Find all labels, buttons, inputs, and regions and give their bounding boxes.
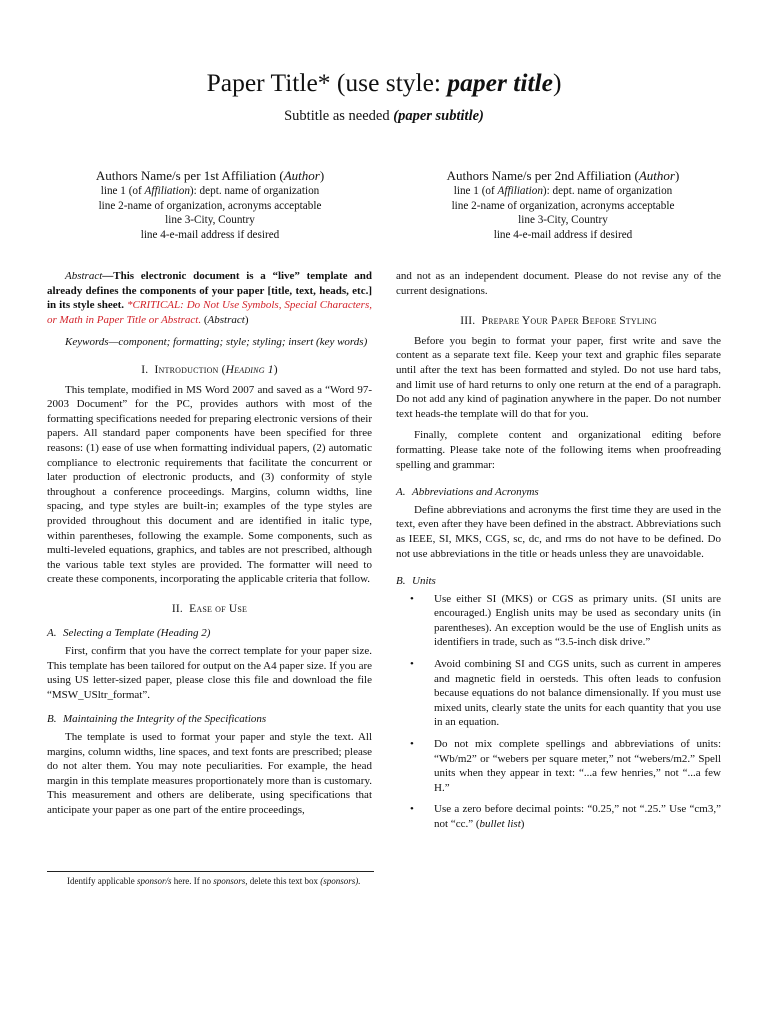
list-item: • Avoid combining SI and CGS units, such… — [396, 657, 721, 730]
bullet-icon: • — [410, 592, 414, 607]
heading-introduction: I. Introduction (Heading 1) — [47, 363, 372, 378]
right-column: and not as an independent document. Plea… — [396, 269, 721, 839]
paper-subtitle: Subtitle as needed (paper subtitle) — [0, 106, 768, 126]
line1-tag: Affiliation — [145, 185, 190, 197]
heading-prepare-paper: III. Prepare Your Paper Before Styling — [396, 314, 721, 329]
author-close: ) — [675, 168, 679, 183]
line1-tag: Affiliation — [498, 185, 543, 197]
footnote-style-tag: (sponsors). — [320, 876, 360, 886]
line1-suffix: ): dept. name of organization — [190, 185, 319, 197]
title-close: ) — [553, 68, 562, 97]
author-name: Authors Name/s per 1st Affiliation (Auth… — [40, 167, 380, 184]
subheading-text: Maintaining the Integrity of the Specifi… — [63, 713, 266, 725]
list-item: • Use a zero before decimal points: “0.2… — [396, 802, 721, 831]
subheading-text: Abbreviations and Acronyms — [412, 486, 539, 498]
prepare-paragraph-2: Finally, complete content and organizati… — [396, 428, 721, 472]
affiliation-line-2: line 2-name of organization, acronyms ac… — [393, 199, 733, 214]
heading-text: Introduction ( — [155, 364, 226, 376]
affiliation-line-4: line 4-e-mail address if desired — [393, 228, 733, 243]
subheading-text: Units — [412, 575, 436, 587]
affiliation-line-1: line 1 (of Affiliation): dept. name of o… — [40, 184, 380, 199]
author-block-2: Authors Name/s per 2nd Affiliation (Auth… — [393, 167, 733, 242]
bullet-text: Avoid combining SI and CGS units, such a… — [434, 658, 721, 728]
author-block-1: Authors Name/s per 1st Affiliation (Auth… — [40, 167, 380, 242]
tag-close: ) — [245, 314, 249, 326]
subheading-number: A. — [47, 626, 63, 641]
paragraph-gap — [396, 421, 721, 428]
footnote-text: , delete this text box — [245, 876, 320, 886]
abstract-style-tag: (Abstract) — [201, 314, 248, 326]
list-item: • Use either SI (MKS) or CGS as primary … — [396, 592, 721, 650]
bullet-text: Use a zero before decimal points: “0.25,… — [434, 803, 721, 830]
author-name: Authors Name/s per 2nd Affiliation (Auth… — [393, 167, 733, 184]
line1-prefix: line 1 (of — [454, 185, 498, 197]
paper-page: Paper Title* (use style: paper title) Su… — [0, 0, 768, 1024]
title-text: Paper Title* (use style: — [207, 68, 448, 97]
heading-number: II. — [172, 603, 183, 615]
subheading-number: B. — [47, 712, 63, 727]
heading-text: Ease of Use — [189, 603, 247, 615]
bullet-icon: • — [410, 737, 414, 752]
integrity-paragraph-continued: and not as an independent document. Plea… — [396, 269, 721, 298]
subheading-selecting-template: A.Selecting a Template (Heading 2) — [47, 626, 372, 641]
left-column: Abstract—This electronic document is a “… — [47, 269, 372, 818]
author-name-text: Authors Name/s per 2nd Affiliation ( — [447, 168, 639, 183]
affiliation-line-2: line 2-name of organization, acronyms ac… — [40, 199, 380, 214]
author-tag: Author — [284, 168, 320, 183]
bullet-icon: • — [410, 802, 414, 817]
heading-close: ) — [274, 364, 278, 376]
affiliation-line-3: line 3-City, Country — [40, 213, 380, 228]
author-tag: Author — [639, 168, 675, 183]
affiliation-line-3: line 3-City, Country — [393, 213, 733, 228]
tag-name: Abstract — [208, 314, 245, 326]
subtitle-style-tag: (paper subtitle) — [393, 108, 484, 124]
subheading-units: B.Units — [396, 574, 721, 589]
subheading-text: Selecting a Template (Heading 2) — [63, 627, 210, 639]
footnote-sponsor-word: sponsor/s — [137, 876, 172, 886]
subheading-number: B. — [396, 574, 412, 589]
prepare-paragraph-1: Before you begin to format your paper, f… — [396, 334, 721, 422]
list-item: • Do not mix complete spellings and abbr… — [396, 737, 721, 795]
line1-prefix: line 1 (of — [101, 185, 145, 197]
subheading-integrity: B.Maintaining the Integrity of the Speci… — [47, 712, 372, 727]
selecting-template-paragraph: First, confirm that you have the correct… — [47, 644, 372, 702]
subheading-number: A. — [396, 485, 412, 500]
title-style-tag: paper title — [447, 68, 553, 97]
line1-suffix: ): dept. name of organization — [543, 185, 672, 197]
bullet-style-tag: bullet list — [480, 818, 521, 830]
footnote-text: here. If no — [172, 876, 214, 886]
heading-number: III. — [460, 315, 475, 327]
abstract-label: Abstract — [65, 270, 102, 282]
integrity-paragraph: The template is used to format your pape… — [47, 730, 372, 818]
bullet-icon: • — [410, 657, 414, 672]
heading-style-tag: Heading 1 — [226, 364, 274, 376]
bullet-tag-close: ) — [521, 818, 525, 830]
keywords: Keywords—component; formatting; style; s… — [47, 335, 372, 350]
sponsor-footnote: Identify applicable sponsor/s here. If n… — [67, 875, 361, 887]
heading-ease-of-use: II. Ease of Use — [47, 602, 372, 617]
footnote-text: Identify applicable — [67, 876, 137, 886]
bullet-text: Use either SI (MKS) or CGS as primary un… — [434, 593, 721, 649]
subheading-abbreviations: A.Abbreviations and Acronyms — [396, 485, 721, 500]
abbreviations-paragraph: Define abbreviations and acronyms the fi… — [396, 503, 721, 561]
heading-number: I. — [141, 364, 148, 376]
heading-text: Prepare Your Paper Before Styling — [482, 315, 657, 327]
affiliation-line-1: line 1 (of Affiliation): dept. name of o… — [393, 184, 733, 199]
author-name-text: Authors Name/s per 1st Affiliation ( — [96, 168, 284, 183]
bullet-text: Do not mix complete spellings and abbrev… — [434, 738, 721, 794]
intro-paragraph: This template, modified in MS Word 2007 … — [47, 383, 372, 587]
subtitle-text: Subtitle as needed — [284, 108, 393, 124]
units-bullet-list: • Use either SI (MKS) or CGS as primary … — [396, 592, 721, 832]
paper-title: Paper Title* (use style: paper title) — [0, 66, 768, 100]
footnote-sponsors-word: sponsors — [213, 876, 245, 886]
abstract: Abstract—This electronic document is a “… — [47, 269, 372, 327]
author-close: ) — [320, 168, 324, 183]
affiliation-line-4: line 4-e-mail address if desired — [40, 228, 380, 243]
footnote-divider — [47, 871, 374, 872]
